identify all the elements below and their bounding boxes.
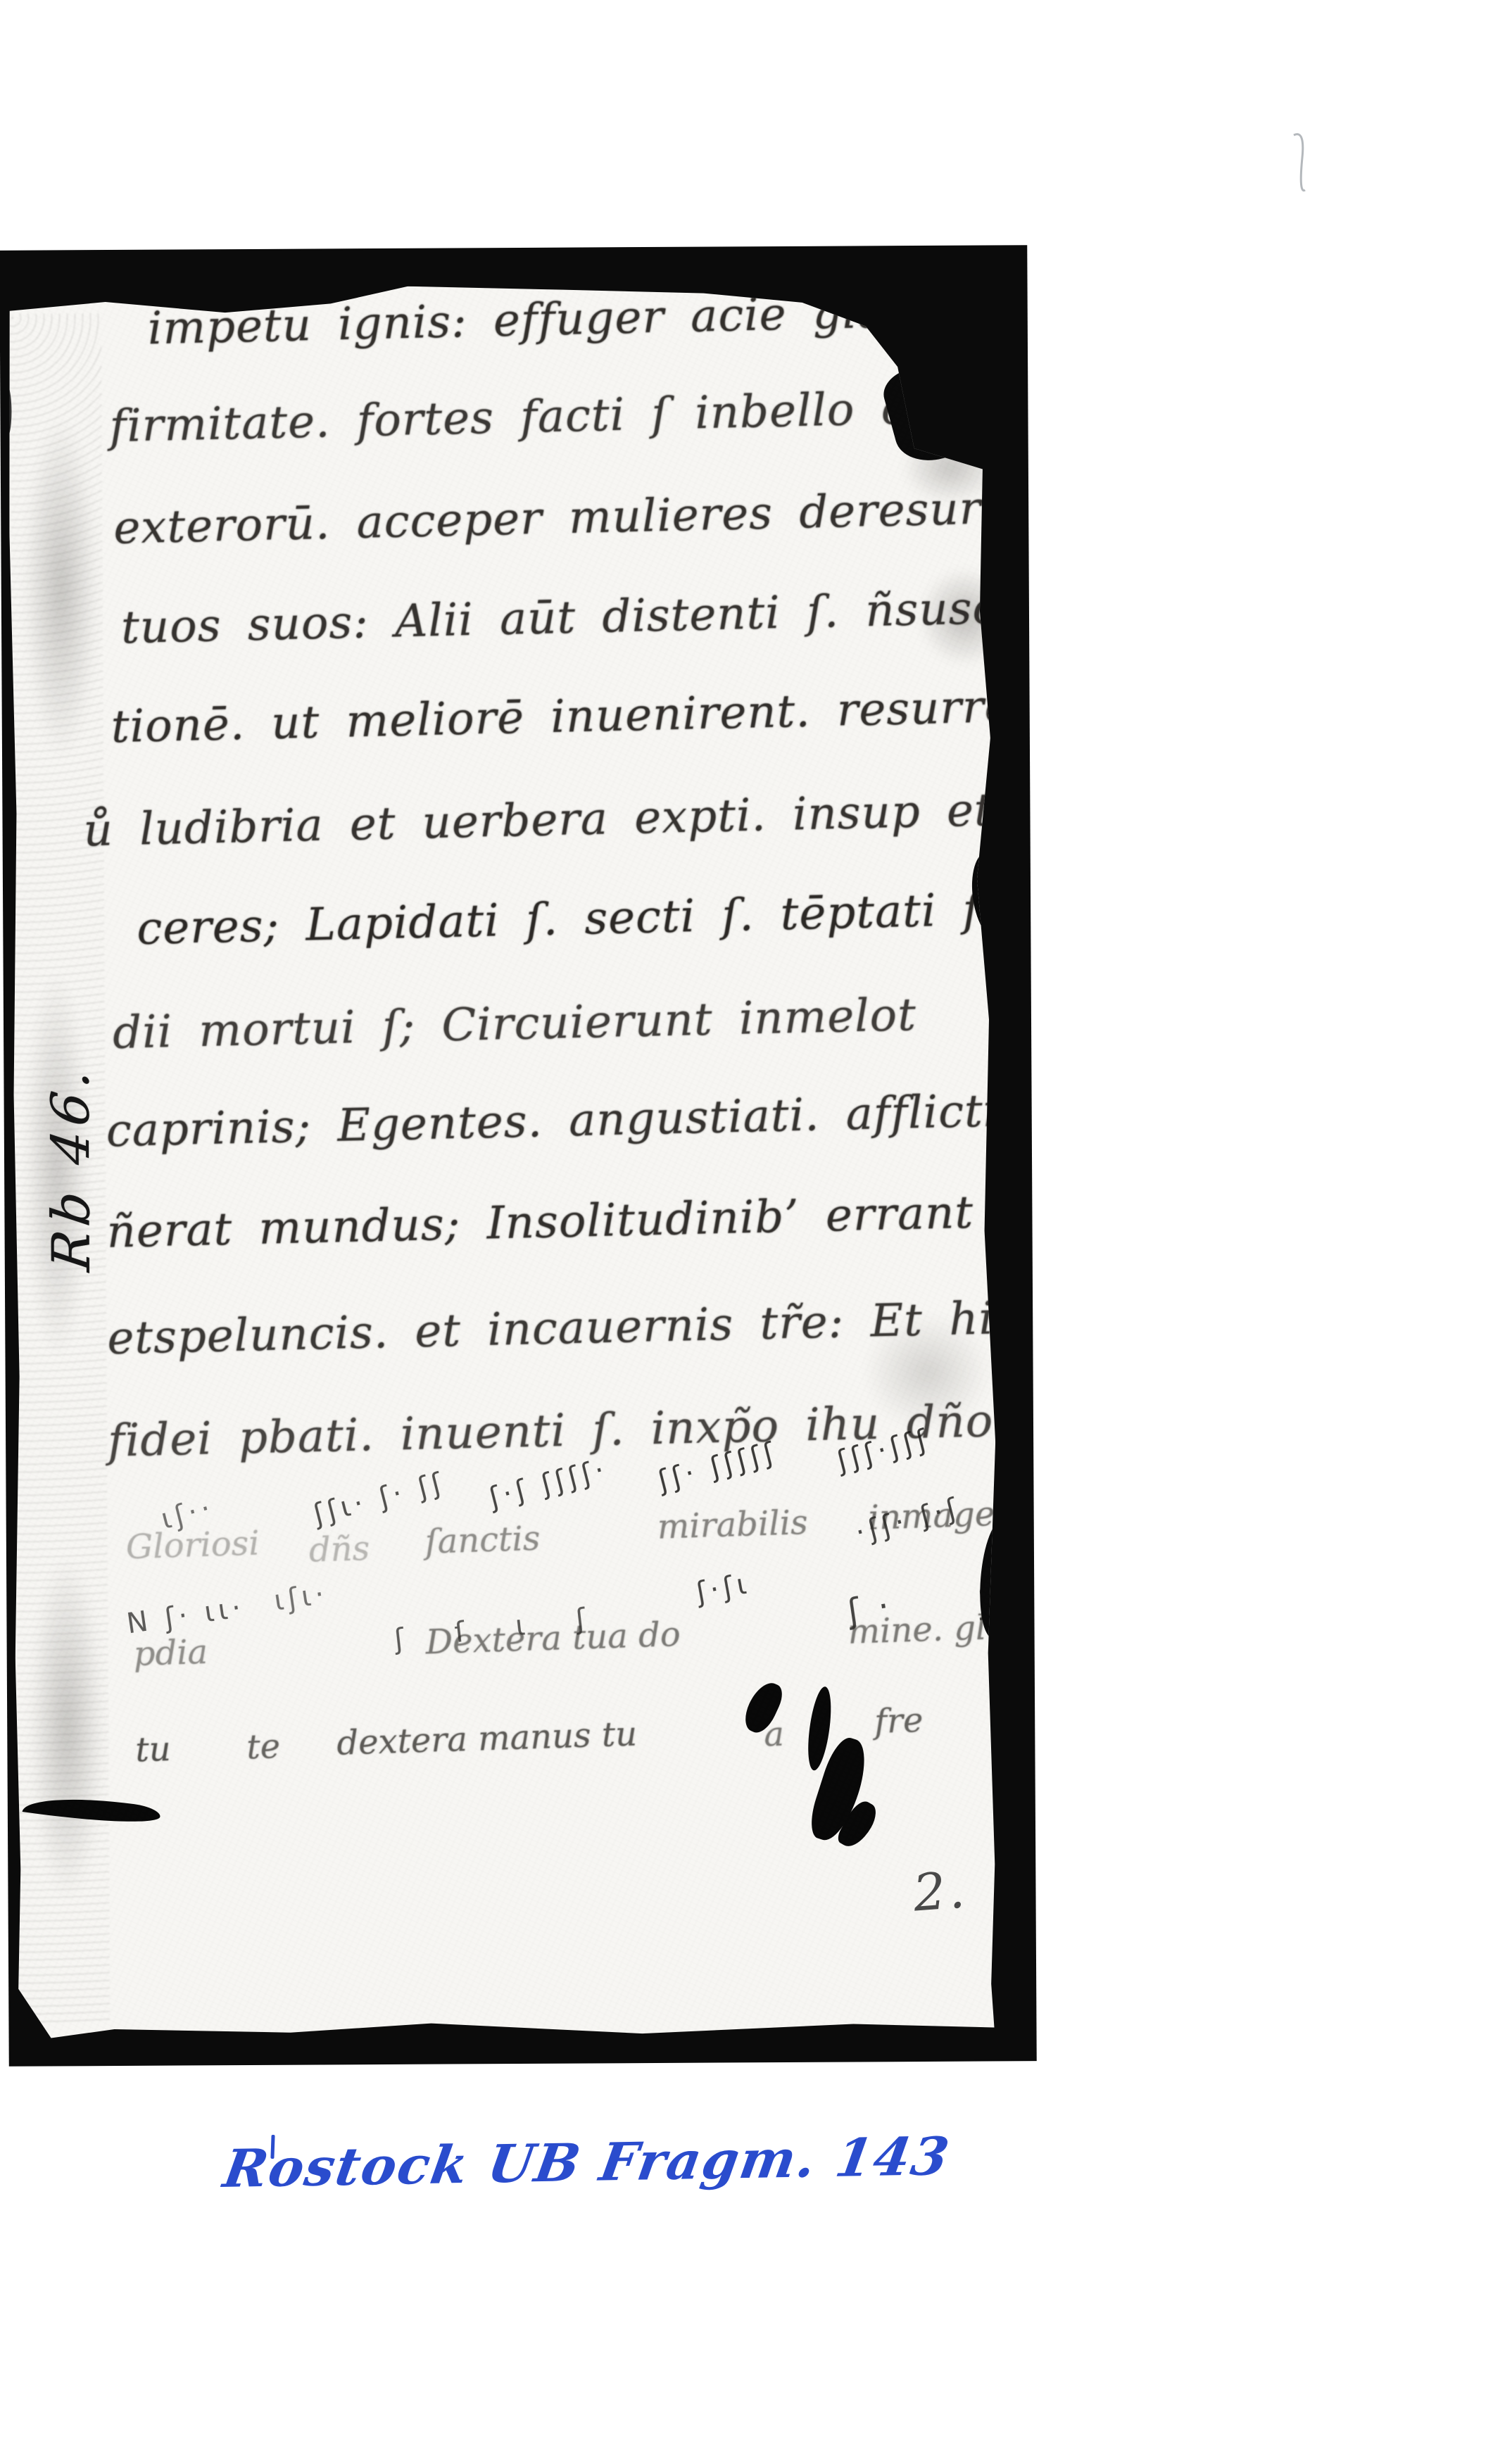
chant-word: Dextera tua do [425,1615,681,1662]
manuscript-page: Rb 46. impetu ignis: effuger acie gladii… [0,245,1037,2067]
catalog-annotation: Rostock UB Fragm. 143 [220,2126,955,2200]
scratch-artifact-mark [1274,127,1330,211]
manuscript-text-line: impetu ignis: effuger acie gladii. cual [147,282,1085,355]
edge-mark [0,383,11,439]
chant-word: pdia [133,1632,208,1674]
page-number: 2. [911,1860,969,1923]
manuscript-text-line: ů ludibria et uerbera expti. insup et ui [83,783,1065,857]
chant-word: g [990,1706,1013,1746]
chant-word: tu [135,1729,172,1770]
chant-word: mine. glor [848,1607,1023,1652]
manuscript-text-line: exterorū. acceper mulieres deresur [113,483,982,555]
scan-background: Rb 46. impetu ignis: effuger acie gladii… [0,0,1512,2441]
manuscript-text-line: caprinis; Egentes. angustiati. afflicti. [106,1085,1014,1157]
torn-edge [976,1518,1021,1641]
margin-shelfmark-note: Rb 46. [40,999,102,1275]
manuscript-text-line: tionē. ut meliorē inuenirent. resurre [111,681,1012,753]
chant-word: ſanctis [424,1519,541,1562]
chant-word: mirabilis [657,1503,808,1547]
manuscript-text-line: dii mortui ſ; Circuierunt inmelot [112,989,916,1059]
chant-word: Gloriosi [125,1523,260,1567]
neume-cluster: ιʃι· [272,1577,330,1617]
manuscript-text-line: ñerat mundus; Insolitudinib’ errant [106,1187,974,1259]
chant-word: dñs [308,1529,370,1570]
chant-word: dextera manus tu [336,1715,638,1763]
torn-edge [878,342,1033,469]
chant-word: te [246,1727,281,1767]
neume-cluster: ʃ·ʃι [694,1568,753,1609]
neume-cluster: ʃ·ʃ ʃʃʃʃ· [486,1453,612,1514]
manuscript-photo: Rb 46. impetu ignis: effuger acie gladii… [0,245,1037,2067]
manuscript-text-block: impetu ignis: effuger acie gladii. cualf… [0,245,1027,251]
neume-cluster: ʃʃι· ʃ· ʃʃ [310,1466,449,1531]
neume-notation: ιʃ··ʃʃι· ʃ· ʃʃʃ·ʃ ʃʃʃʃ·ʃʃ· ʃʃʃʃʃʃʃʃ·ʃʃʃ·… [0,245,1027,251]
chant-text: Gloriosidñsſanctismirabilisinmagestapdia… [0,245,1027,251]
chant-word: fre [874,1701,924,1741]
chant-word: inmagesta [868,1493,1047,1538]
manuscript-text-line: firmitate. fortes facti ſ inbello ca [109,382,935,453]
